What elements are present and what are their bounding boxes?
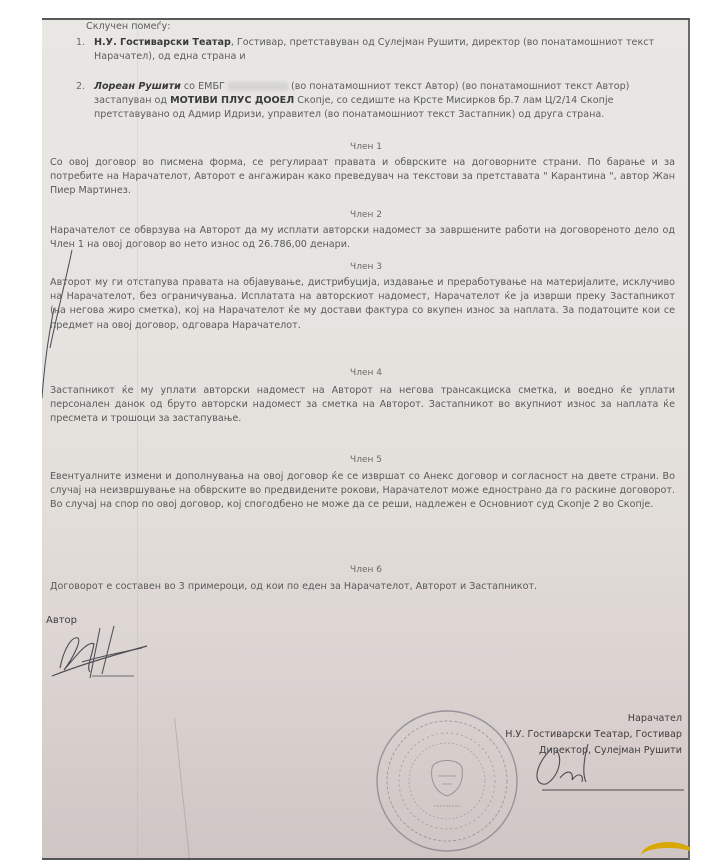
- embg-redacted: [228, 82, 288, 91]
- party-name: Н.У. Гостиварски Театар: [94, 37, 231, 48]
- client-label: Нарачател: [628, 712, 682, 726]
- clause-6-body: Договорот е составен во 3 примероци, од …: [50, 580, 675, 594]
- clause-5-body: Евентуалните измени и дополнувања на ово…: [50, 470, 675, 513]
- clause-4-body: Застапникот ќе му уплати авторски надоме…: [50, 384, 675, 427]
- clause-3-body: Авторот му ги отстапува правата на објав…: [50, 276, 675, 333]
- clause-5-title: Член 5: [42, 455, 690, 465]
- party-number: 2.: [76, 80, 85, 94]
- clause-1-title: Член 1: [42, 142, 690, 152]
- clause-6-title: Член 6: [42, 565, 690, 575]
- party-1: 1. Н.У. Гостиварски Театар, Гостивар, пр…: [94, 36, 679, 64]
- client-signature: [512, 738, 688, 798]
- photo-corner-object: [641, 842, 690, 860]
- document-photo: Склучен помеѓу: 1. Н.У. Гостиварски Теат…: [42, 18, 690, 860]
- party-name: Лореан Рушити: [94, 81, 181, 92]
- margin-pen-mark: [42, 248, 82, 408]
- agent-name: МОТИВИ ПЛУС ДООЕЛ: [170, 95, 294, 106]
- party-number: 1.: [76, 36, 85, 50]
- official-seal-icon: [372, 706, 522, 856]
- author-signature: [42, 618, 162, 688]
- clause-2-title: Член 2: [42, 210, 690, 220]
- clause-4-title: Член 4: [42, 368, 690, 378]
- clause-3-title: Член 3: [42, 262, 690, 272]
- paper-crease: [174, 718, 191, 860]
- clause-2-body: Нарачателот се обврзува на Авторот да му…: [50, 224, 675, 252]
- party-text-a: со ЕМБГ: [181, 81, 228, 92]
- party-2: 2. Лореан Рушити со ЕМБГ (во понатамошни…: [94, 80, 679, 122]
- clause-1-body: Со овој договор во писмена форма, се рег…: [50, 156, 675, 199]
- intro-text: Склучен помеѓу:: [86, 20, 170, 34]
